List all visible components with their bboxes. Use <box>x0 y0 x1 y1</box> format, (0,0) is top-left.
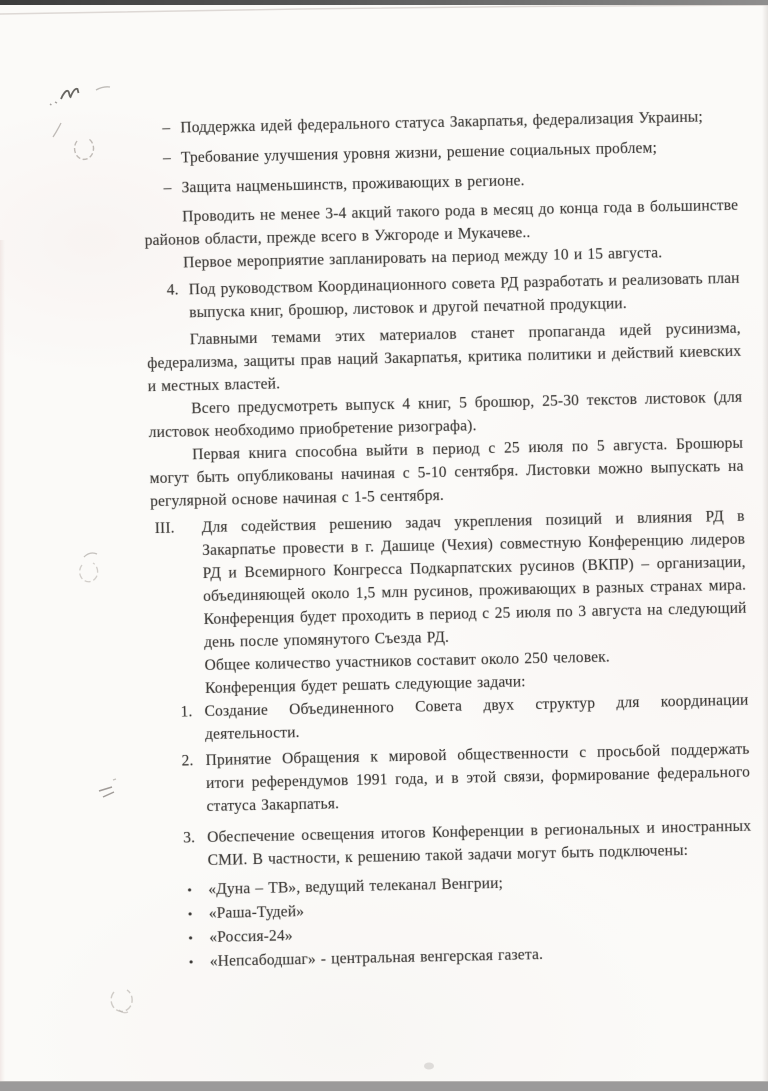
list-item-text: Требование улучшения уровня жизни, решен… <box>181 139 657 166</box>
dash-bullet: – <box>163 174 172 204</box>
list-item-text: «Дуна – ТВ», ведущий телеканал Венгрии; <box>208 875 503 898</box>
round-bullet: • <box>189 950 194 974</box>
dash-bullet: – <box>162 114 171 144</box>
list-number: 3. <box>183 826 195 849</box>
roman-numeral: III. <box>155 517 175 540</box>
list-item-numbered: 3. Обеспечение освещения итогов Конферен… <box>157 815 752 873</box>
dash-bullet: – <box>163 144 172 174</box>
list-item-text: Обеспечение освещения итогов Конференции… <box>207 818 751 869</box>
list-item-text: Создание Объединенного Совета двух струк… <box>204 692 748 743</box>
paragraph: Главными темами этих материалов станет п… <box>147 317 742 398</box>
document-text-block: – Поддержка идей федерального статуса За… <box>142 102 754 975</box>
paper-right-edge-shadow <box>762 0 768 1091</box>
list-item-numbered: 2. Принятие Обращения к мировой обществе… <box>155 738 750 819</box>
paragraph: Первая книга способна выйти в период с 2… <box>149 432 744 513</box>
scanned-document-page: { "scan": { "paper_color": "#fbfaf8", "i… <box>0 0 768 1091</box>
list-number: 4. <box>167 278 179 301</box>
list-item-roman: III. Для содействия решению задач укрепл… <box>151 505 748 655</box>
list-item-text: «Раша-Тудей» <box>209 903 305 922</box>
round-bullet: • <box>187 878 192 902</box>
list-number: 2. <box>181 749 193 772</box>
list-item-text: Под руководством Координационного совета… <box>189 270 740 322</box>
list-item-text: Защита нацменьшинств, проживающих в реги… <box>181 172 524 196</box>
round-bullet: • <box>188 926 193 950</box>
paper-left-edge-shadow <box>0 240 5 1091</box>
list-number: 1. <box>180 700 192 723</box>
round-bullet: • <box>188 902 193 926</box>
list-item-text: Принятие Обращения к мировой общественно… <box>205 741 750 815</box>
list-item-text: «Россия-24» <box>209 927 293 946</box>
list-item-text: «Непсабодшаг» - центральная венгерская г… <box>210 946 544 970</box>
list-item-text: Для содействия решению задач укрепления … <box>202 508 747 651</box>
scanner-top-band <box>0 0 768 5</box>
scanner-bottom-band <box>0 1081 768 1091</box>
list-item-numbered: 4. Под руководством Координационного сов… <box>146 267 741 325</box>
list-item-text: Поддержка идей федерального статуса Зака… <box>180 108 703 136</box>
